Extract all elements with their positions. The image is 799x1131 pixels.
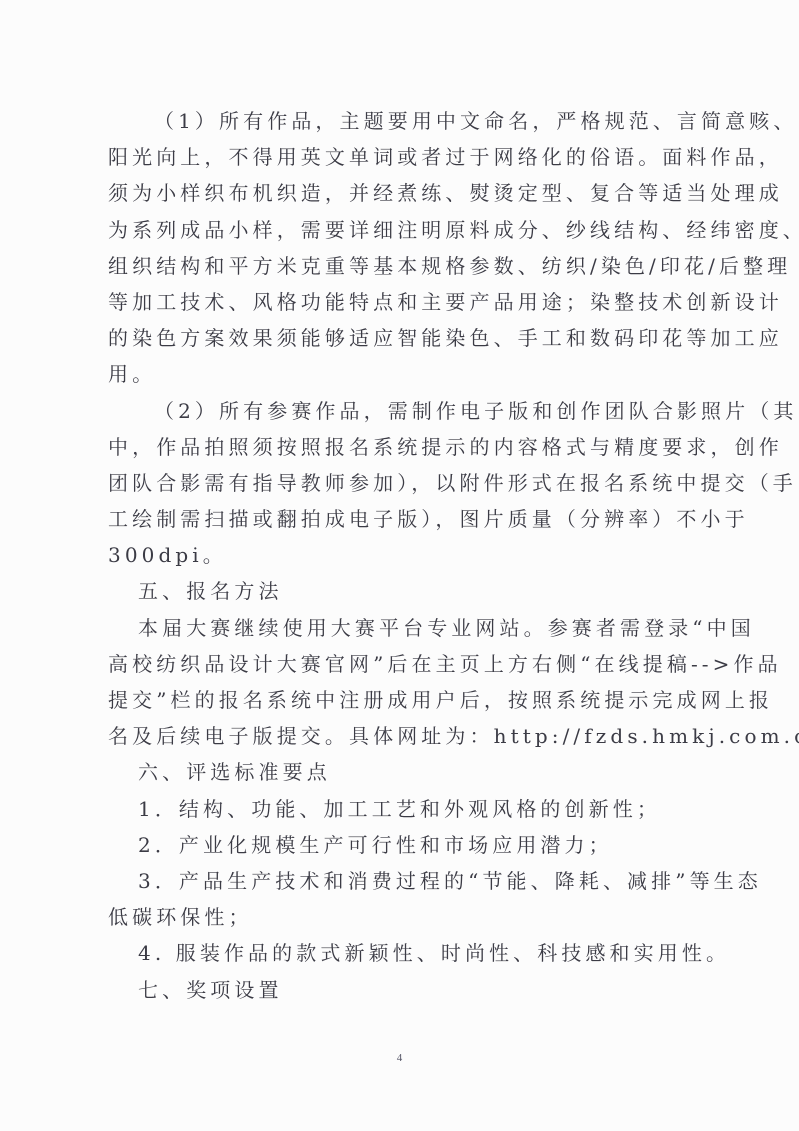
text-line: 300dpi。 [108,537,708,573]
text-line: 低碳环保性； [108,899,708,935]
criteria-item-1: 1．结构、功能、加工工艺和外观风格的创新性； [108,791,708,827]
text-line: 高校纺织品设计大赛官网”后在主页上方右侧“在线提稿-->作品 [108,646,708,682]
document-body: （1）所有作品，主题要用中文命名，严格规范、言简意赅、 阳光向上，不得用英文单词… [108,103,708,1008]
text-line: 中，作品拍照须按照报名系统提示的内容格式与精度要求，创作 [108,429,708,465]
text-line: 为系列成品小样，需要详细注明原料成分、纱线结构、经纬密度、 [108,212,708,248]
criteria-item-4: 4. 服装作品的款式新颖性、时尚性、科技感和实用性。 [108,935,708,971]
text-line: （1）所有作品，主题要用中文命名，严格规范、言简意赅、 [108,103,708,139]
text-line: 本届大赛继续使用大赛平台专业网站。参赛者需登录“中国 [108,610,708,646]
text-line: 的染色方案效果须能够适应智能染色、手工和数码印花等加工应 [108,320,708,356]
paragraph-item-1: （1）所有作品，主题要用中文命名，严格规范、言简意赅、 阳光向上，不得用英文单词… [108,103,708,393]
text-line: 须为小样织布机织造，并经煮练、熨烫定型、复合等适当处理成 [108,175,708,211]
criteria-item-3: 3．产品生产技术和消费过程的“节能、降耗、减排”等生态 低碳环保性； [108,863,708,935]
page-number: 4 [0,1052,799,1064]
text-line: 组织结构和平方米克重等基本规格参数、纺织/染色/印花/后整理 [108,248,708,284]
section-heading-evaluation-criteria: 六、评选标准要点 [108,754,708,790]
text-line: （2）所有参赛作品，需制作电子版和创作团队合影照片（其 [108,393,708,429]
text-line: 团队合影需有指导教师参加），以附件形式在报名系统中提交（手 [108,465,708,501]
text-line: 用。 [108,356,708,392]
section-heading-awards: 七、奖项设置 [108,972,708,1008]
text-line: 等加工技术、风格功能特点和主要产品用途；染整技术创新设计 [108,284,708,320]
text-line: 工绘制需扫描或翻拍成电子版），图片质量（分辨率）不小于 [108,501,708,537]
text-line: 3．产品生产技术和消费过程的“节能、降耗、减排”等生态 [108,863,708,899]
paragraph-item-2: （2）所有参赛作品，需制作电子版和创作团队合影照片（其 中，作品拍照须按照报名系… [108,393,708,574]
document-page: （1）所有作品，主题要用中文命名，严格规范、言简意赅、 阳光向上，不得用英文单词… [0,0,799,1131]
section-heading-registration: 五、报名方法 [108,573,708,609]
text-line: 阳光向上，不得用英文单词或者过于网络化的俗语。面料作品， [108,139,708,175]
criteria-item-2: 2．产业化规模生产可行性和市场应用潜力； [108,827,708,863]
paragraph-registration-method: 本届大赛继续使用大赛平台专业网站。参赛者需登录“中国 高校纺织品设计大赛官网”后… [108,610,708,755]
text-line-with-url: 名及后续电子版提交。具体网址为：http://fzds.hmkj.com.cn/… [108,718,708,754]
text-line: 提交”栏的报名系统中注册成用户后，按照系统提示完成网上报 [108,682,708,718]
